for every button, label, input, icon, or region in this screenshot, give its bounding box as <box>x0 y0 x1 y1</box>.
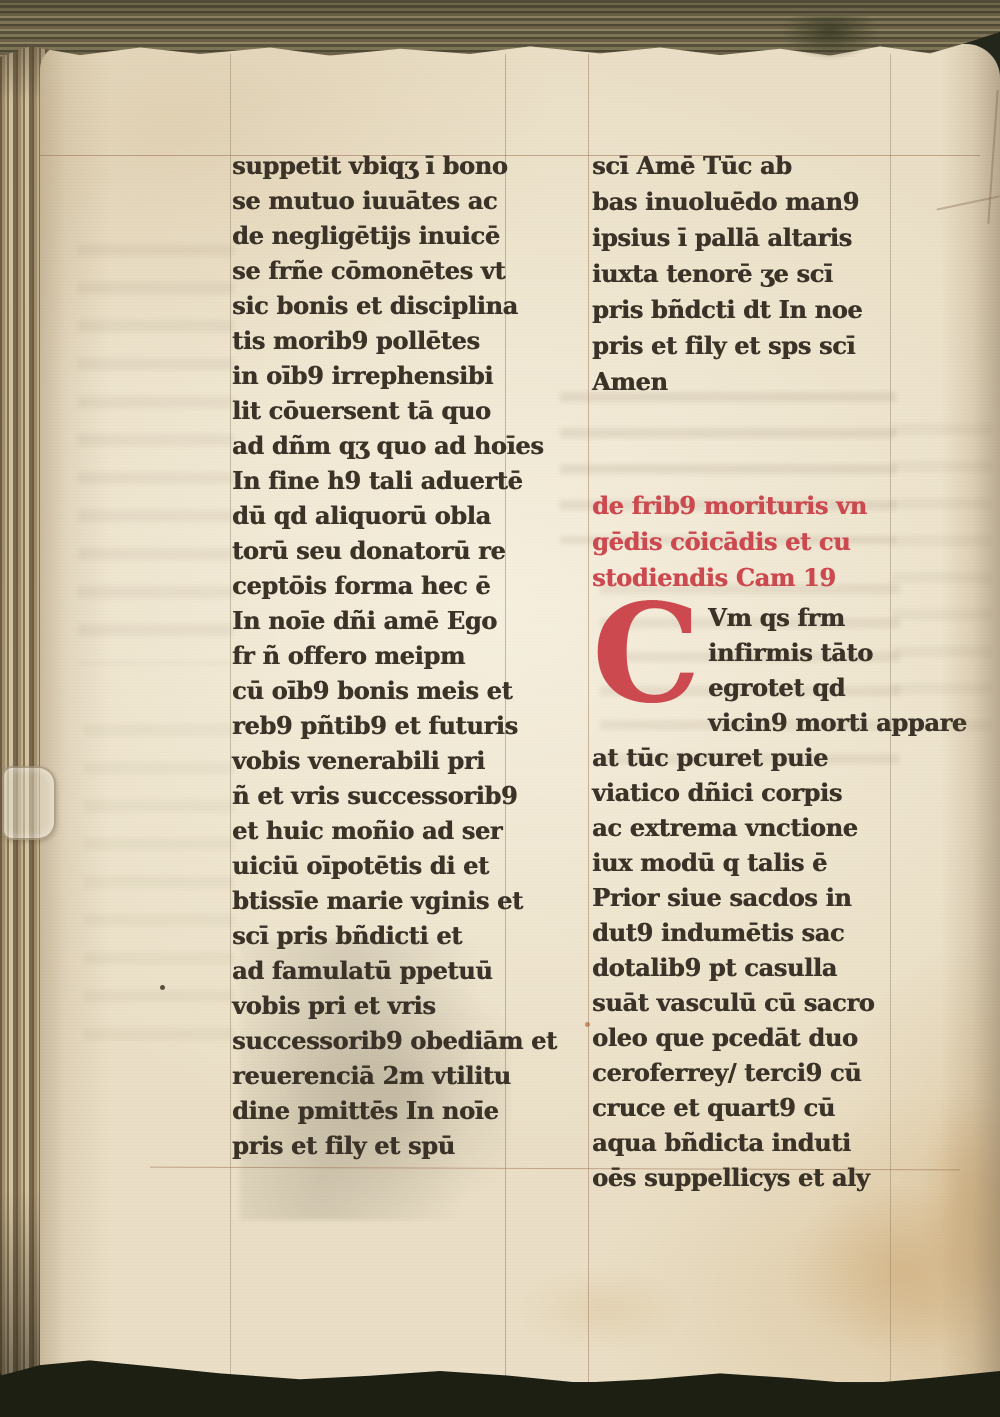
ruling-line-vertical <box>588 54 589 1382</box>
text-line: dine pmittēs In noīe <box>232 1093 510 1128</box>
text-line: se frñe cōmonētes vt <box>232 253 510 288</box>
text-line: bas inuoluēdo man9 <box>592 184 898 220</box>
text-line: dotalib9 pt casulla <box>592 950 898 985</box>
text-line: de negligētijs inuicē <box>232 218 510 253</box>
chapter-text-block: C Vm qs frminfirmis tātoegrotet qdvicin9… <box>592 600 898 1195</box>
text-line: ac extrema vnctione <box>592 810 898 845</box>
text-line: dū qd aliquorū obla <box>232 498 510 533</box>
text-line: scī Amē Tūc ab <box>592 148 898 184</box>
text-line: oēs suppellicys et aly <box>592 1160 898 1195</box>
rubric-heading: de frib9 morituris vngēdis cōicādis et c… <box>592 488 898 596</box>
text-line: ipsius ī pallā altaris <box>592 220 898 256</box>
text-line: vobis venerabili pri <box>232 743 510 778</box>
text-line: cū oīb9 bonis meis et <box>232 673 510 708</box>
text-line: aqua bñdicta induti <box>592 1125 898 1160</box>
text-line: suāt vasculū cū sacro <box>592 985 898 1020</box>
text-line: suppetit vbiqʒ ī bono <box>232 148 510 183</box>
bleedthrough-left-margin <box>78 244 234 664</box>
opening-text-block: scī Amē Tūc abbas inuoluēdo man9ipsius ī… <box>592 148 898 400</box>
text-line: ceptōis forma hec ē <box>232 568 510 603</box>
ruling-line-vertical <box>230 54 231 1382</box>
text-line: ad dñm qʒ quo ad hoīes <box>232 428 510 463</box>
text-line: iux modū q talis ē <box>592 845 898 880</box>
text-line: cruce et quart9 cū <box>592 1090 898 1125</box>
text-line: in oīb9 irrephensibi <box>232 358 510 393</box>
text-line: fr ñ offero meipm <box>232 638 510 673</box>
text-line: ñ et vris successorib9 <box>232 778 510 813</box>
text-line: tis morib9 pollētes <box>232 323 510 358</box>
text-line: torū seu donatorū re <box>232 533 510 568</box>
text-line: btissīe marie vginis et <box>232 883 510 918</box>
text-line: et huic moñio ad ser <box>232 813 510 848</box>
rubric-line: stodiendis Cam 19 <box>592 560 898 596</box>
text-line: se mutuo iuuātes ac <box>232 183 510 218</box>
text-line: at tūc pcuret puie <box>592 740 898 775</box>
text-line: pris et fily et spū <box>232 1128 510 1163</box>
text-line: viatico dñici corpis <box>592 775 898 810</box>
text-line: sic bonis et disciplina <box>232 288 510 323</box>
text-line: oleo que pcedāt duo <box>592 1020 898 1055</box>
bleedthrough-left-margin-lower <box>84 724 234 1054</box>
text-line: vobis pri et vris <box>232 988 510 1023</box>
text-line: pris et fily et sps scī <box>592 328 898 364</box>
drop-cap-initial: C <box>592 606 704 708</box>
stain-bottom-middle <box>510 1264 690 1354</box>
text-line: dut9 indumētis sac <box>592 915 898 950</box>
ink-speck <box>160 985 165 990</box>
manuscript-photo: suppetit vbiqʒ ī bonose mutuo iuuātes ac… <box>0 0 1000 1417</box>
text-line: ceroferrey/ terci9 cū <box>592 1055 898 1090</box>
page-right-edge-shading <box>940 44 1000 1382</box>
text-line: lit cōuersent tā quo <box>232 393 510 428</box>
text-line: successorib9 obediām et <box>232 1023 510 1058</box>
right-text-column: scī Amē Tūc abbas inuoluēdo man9ipsius ī… <box>592 148 898 1195</box>
rubric-line: gēdis cōicādis et cu <box>592 524 898 560</box>
vellum-tab <box>2 766 56 840</box>
text-line: uiciū oīpotētis di et <box>232 848 510 883</box>
text-line: In noīe dñi amē Ego <box>232 603 510 638</box>
text-line: In fine h9 tali aduertē <box>232 463 510 498</box>
left-text-column: suppetit vbiqʒ ī bonose mutuo iuuātes ac… <box>232 148 510 1163</box>
text-line: scī pris bñdicti et <box>232 918 510 953</box>
rubric-line: de frib9 morituris vn <box>592 488 898 524</box>
text-line: reb9 pñtib9 et futuris <box>232 708 510 743</box>
text-line: Prior siue sacdos in <box>592 880 898 915</box>
text-line: reuerenciā 2m vtilitu <box>232 1058 510 1093</box>
text-line: iuxta tenorē ʒe scī <box>592 256 898 292</box>
stain-top-edge <box>782 16 878 60</box>
text-line: Amen <box>592 364 898 400</box>
manuscript-page: suppetit vbiqʒ ī bonose mutuo iuuātes ac… <box>40 44 1000 1382</box>
text-line: pris bñdcti dt In noe <box>592 292 898 328</box>
text-line: ad famulatū ppetuū <box>232 953 510 988</box>
